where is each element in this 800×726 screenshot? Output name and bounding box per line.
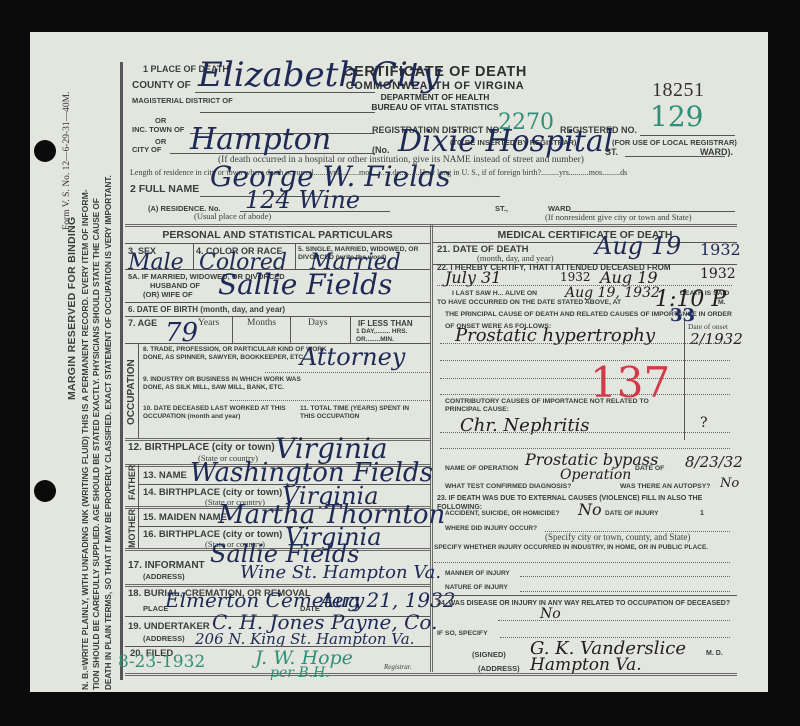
operation-date-value[interactable]: 8/23/32: [685, 453, 743, 471]
operation-date-label: DATE OF: [635, 465, 664, 472]
autopsy-label: WAS THERE AN AUTOPSY?: [620, 483, 710, 490]
date-of-death-year[interactable]: 1932: [700, 240, 741, 259]
filed-value[interactable]: 8-23-1932: [118, 652, 205, 672]
address-label: (ADDRESS): [478, 664, 520, 673]
nature-injury-label: NATURE OF INJURY: [445, 584, 508, 591]
occurred-label: TO HAVE OCCURRED ON THE DATE STATED ABOV…: [437, 299, 621, 306]
magisterial-label: MAGISTERIAL DISTRICT OF: [132, 96, 233, 105]
mother-group-label: MOTHER: [127, 509, 137, 548]
last-worked-label: 10. DATE DECEASED LAST WORKED AT THIS OC…: [143, 405, 293, 421]
form-number: Form V. S. No. 12—6-29-31—40M.: [62, 92, 72, 230]
undertaker-address-label: (ADDRESS): [143, 634, 185, 643]
less-than-day: 1 DAY,........ HRS.: [356, 328, 407, 335]
city-label: CITY OF: [132, 145, 161, 154]
inc-town-label: INC. TOWN OF: [132, 125, 184, 134]
binding-hole-top: [34, 140, 56, 162]
onset-value[interactable]: 2/1932: [690, 330, 743, 348]
street-label: ST.: [605, 147, 618, 157]
informant-address-value[interactable]: Wine St. Hampton Va.: [240, 562, 441, 583]
time-suffix: M.: [718, 299, 726, 306]
instructions-line-1: N. B.=WRITE PLAINLY, WITH UNFADING INK (…: [80, 189, 90, 690]
date-of-death-sub: (month, day, and year): [477, 253, 554, 263]
residence-street-label: ST.,: [495, 204, 508, 213]
attended-to-year[interactable]: 1932: [700, 266, 736, 282]
industry-label: 9. INDUSTRY OR BUSINESS IN WHICH WORK WA…: [143, 376, 318, 392]
instructions-line-3: DEATH IN PLAIN TERMS, SO THAT IT MAY BE …: [104, 175, 113, 690]
manner-injury-label: MANNER OF INJURY: [445, 570, 510, 577]
if-so-label: IF SO, SPECIFY: [437, 630, 488, 637]
county-value[interactable]: Elizabeth City: [198, 55, 441, 95]
total-time-label: 11. TOTAL TIME (YEARS) SPENT IN THIS OCC…: [300, 405, 425, 421]
autopsy-value[interactable]: No: [720, 476, 739, 491]
date-of-death-value[interactable]: Aug 19: [595, 232, 681, 260]
where-injury-label: WHERE DID INJURY OCCUR?: [445, 525, 537, 532]
registered-note: (FOR USE OF LOCAL REGISTRAR): [612, 138, 737, 147]
nonresident-note: (If nonresident give city or town and St…: [545, 212, 692, 222]
full-name-label: 2 FULL NAME: [130, 183, 199, 195]
county-label: COUNTY OF: [132, 80, 191, 91]
last-saw-label: I LAST SAW H... ALIVE ON: [452, 290, 537, 297]
accident-label: ACCIDENT, SUICIDE, OR HOMICIDE?: [445, 510, 559, 517]
less-than-label: IF LESS THAN: [358, 319, 413, 328]
ward-label: WARD).: [700, 147, 733, 157]
years-label: Years: [198, 318, 219, 328]
residence-note: (Usual place of abode): [194, 211, 271, 221]
dob-label: 6. DATE OF BIRTH (month, day, and year): [128, 305, 285, 314]
instructions-line-2: TION SHOULD BE CAREFULLY SUPPLIED. AGE S…: [92, 198, 101, 690]
where-injury-note: (Specify city or town, county, and State…: [545, 532, 690, 542]
spouse-label-3: (OR) WIFE OF: [143, 290, 193, 299]
md-label: M. D.: [706, 650, 723, 657]
institution-value[interactable]: Dixie Hospital: [398, 124, 613, 159]
binding-hole-bottom: [34, 480, 56, 502]
informant-address-label: (ADDRESS): [143, 572, 185, 581]
operation-label: NAME OF OPERATION: [445, 465, 518, 472]
age-label: 7. AGE: [128, 318, 157, 328]
specify-injury-label: SPECIFY WHETHER INJURY OCCURRED IN INDUS…: [434, 543, 734, 552]
medical-section-title: MEDICAL CERTIFICATE OF DEATH: [433, 229, 737, 241]
less-than-min: OR........MIN.: [356, 336, 394, 343]
margin-reserved-text: MARGIN RESERVED FOR BINDING: [66, 216, 78, 400]
test-label: WHAT TEST CONFIRMED DIAGNOSIS?: [445, 483, 571, 490]
burial-date-value[interactable]: Aug 21, 1932: [320, 588, 456, 612]
residence-value[interactable]: 124 Wine: [245, 186, 360, 214]
no-label: (No.: [372, 145, 390, 155]
attended-from-year[interactable]: 1932: [560, 270, 591, 284]
father-group-label: FATHER: [127, 465, 137, 500]
or-label-1: OR: [155, 116, 166, 125]
months-label: Months: [247, 318, 276, 328]
occupation-related-label: 24. WAS DISEASE OR INJURY IN ANY WAY REL…: [437, 600, 730, 607]
address-value[interactable]: Hampton Va.: [530, 655, 642, 675]
certificate-number: 18251: [652, 79, 705, 102]
informant-label: 17. INFORMANT: [128, 560, 205, 571]
city-value[interactable]: Hampton: [190, 122, 331, 157]
accident-value[interactable]: No: [578, 500, 602, 519]
spouse-label-2: HUSBAND OF: [150, 281, 200, 290]
spouse-value[interactable]: Sallie Fields: [218, 268, 392, 301]
date-of-injury-suffix: 1: [700, 510, 704, 517]
mother-name-label: 15. MAIDEN NAME: [143, 512, 227, 523]
father-name-label: 13. NAME: [143, 470, 187, 481]
trade-value[interactable]: Attorney: [300, 343, 405, 371]
days-label: Days: [308, 318, 328, 328]
occupation-group-label: OCCUPATION: [126, 359, 137, 425]
test-value[interactable]: Operation: [560, 467, 631, 483]
personal-section-title: PERSONAL AND STATISTICAL PARTICULARS: [125, 229, 430, 241]
registered-no-value[interactable]: 129: [650, 100, 703, 133]
registrar-label: Registrar.: [384, 663, 411, 671]
signed-label: (SIGNED): [472, 650, 506, 659]
birthplace-label: 12. BIRTHPLACE (city or town): [128, 442, 275, 453]
contributory-label: CONTRIBUTORY CAUSES OF IMPORTANCE NOT RE…: [445, 398, 665, 414]
contributory-onset[interactable]: ?: [700, 415, 708, 431]
date-of-injury-label: DATE OF INJURY: [605, 510, 658, 517]
